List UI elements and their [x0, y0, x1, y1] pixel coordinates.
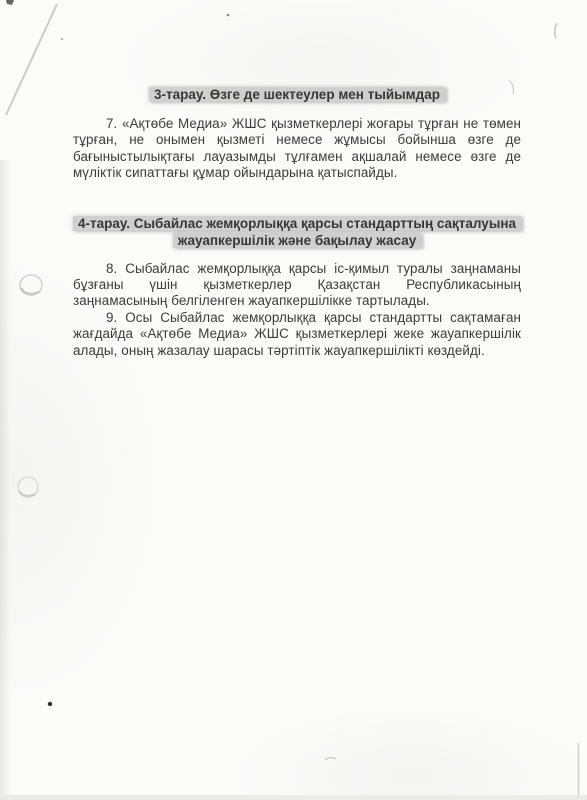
- crease-top-right: [555, 23, 557, 38]
- scanner-edge-shadow: [0, 160, 11, 800]
- chapter-4-heading-line1: 4-тарау. Сыбайлас жемқорлыққа қарсы стан…: [78, 216, 516, 231]
- smudge-bottom-center: [325, 758, 336, 760]
- ink-dot-bottom-left: [48, 702, 52, 706]
- corner-fold-line: [6, 4, 57, 115]
- punch-hole-upper: [20, 275, 42, 295]
- paragraph-9: 9. Осы Сыбайлас жемқорлыққа қарсы станда…: [73, 310, 521, 359]
- paragraph-8: 8. Сыбайлас жемқорлыққа қарсы іс-қимыл т…: [73, 261, 521, 310]
- scanned-document-page: 3-тарау. Өзге де шектеулер мен тыйымдар …: [0, 0, 587, 800]
- chapter-4-heading-highlight-line1: 4-тарау. Сыбайлас жемқорлыққа қарсы стан…: [73, 216, 521, 231]
- chapter-3-heading-highlight: 3-тарау. Өзге де шектеулер мен тыйымдар: [149, 87, 445, 102]
- dust-speck-top-left: [61, 38, 63, 40]
- chapter-4-heading-highlight-line2: жауапкершілік және бақылау жасау: [173, 233, 422, 248]
- chapter-3-heading-text: 3-тарау. Өзге де шектеулер мен тыйымдар: [154, 87, 440, 102]
- chapter-4-heading-line2: жауапкершілік және бақылау жасау: [178, 233, 417, 248]
- dust-speck-top-center: [227, 14, 230, 17]
- punch-hole-lower: [18, 477, 38, 497]
- document-content: 3-тарау. Өзге де шектеулер мен тыйымдар …: [73, 86, 521, 359]
- corner-ink-mark: [6, 0, 14, 5]
- chapter-4-heading: 4-тарау. Сыбайлас жемқорлыққа қарсы стан…: [73, 215, 521, 249]
- paragraph-7: 7. «Ақтөбе Медиа» ЖШС қызметкерлері жоға…: [73, 116, 521, 182]
- chapter-3-heading: 3-тарау. Өзге де шектеулер мен тыйымдар: [73, 86, 521, 103]
- scanner-band-bottom: [0, 795, 587, 800]
